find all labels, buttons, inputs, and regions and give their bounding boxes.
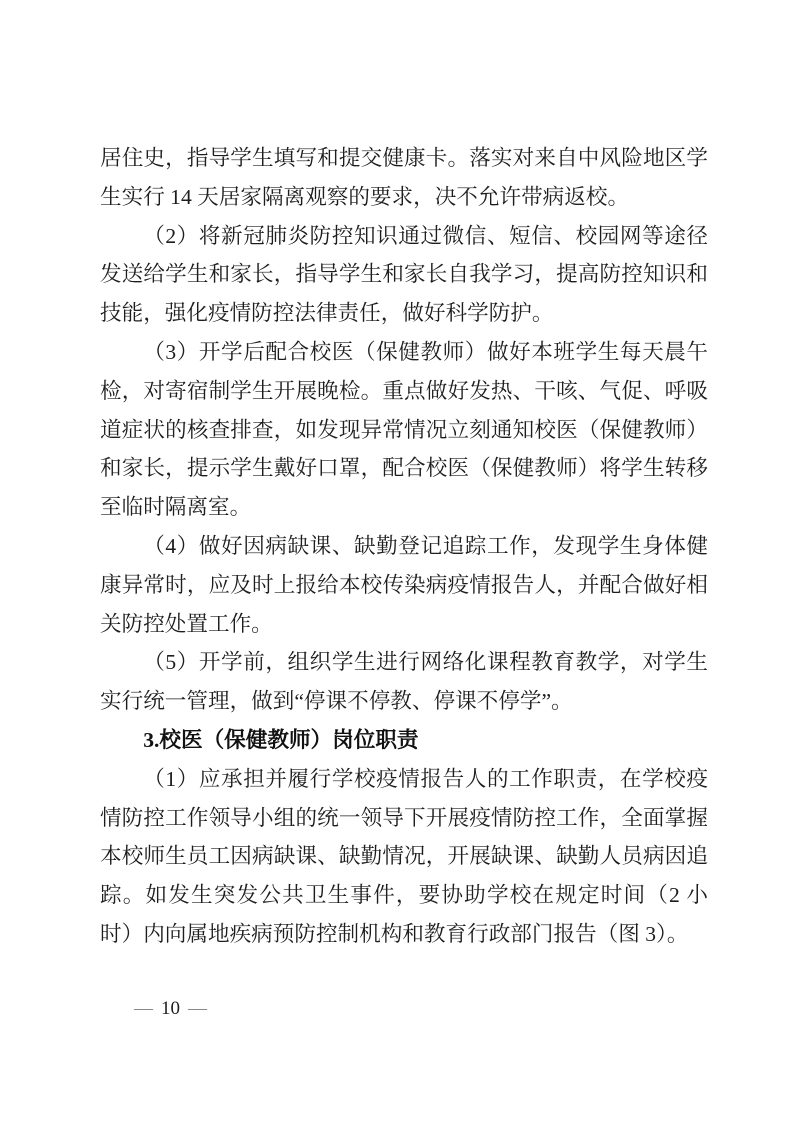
section-heading: 3.校医（保健教师）岗位职责 (100, 721, 708, 760)
footer-dash-right: — (180, 998, 215, 1019)
body-text-block: 居住史，指导学生填写和提交健康卡。落实对来自中风险地区学生实行 14 天居家隔离… (100, 139, 708, 954)
footer-dash-left: — (126, 998, 161, 1019)
paragraph-item-2: （2）将新冠肺炎防控知识通过微信、短信、校园网等途径发送给学生和家长，指导学生和… (100, 217, 708, 333)
paragraph-item-4: （4）做好因病缺课、缺勤登记追踪工作，发现学生身体健康异常时，应及时上报给本校传… (100, 527, 708, 643)
section-paragraph-item-1: （1）应承担并履行学校疫情报告人的工作职责，在学校疫情防控工作领导小组的统一领导… (100, 760, 708, 954)
paragraph-item-5: （5）开学前，组织学生进行网络化课程教育教学，对学生实行统一管理，做到“停课不停… (100, 643, 708, 721)
page-footer: —10— (126, 996, 215, 1022)
paragraph-item-3: （3）开学后配合校医（保健教师）做好本班学生每天晨午检，对寄宿制学生开展晚检。重… (100, 333, 708, 527)
document-page: 居住史，指导学生填写和提交健康卡。落实对来自中风险地区学生实行 14 天居家隔离… (0, 0, 793, 1122)
page-number: 10 (161, 998, 180, 1019)
continuation-paragraph: 居住史，指导学生填写和提交健康卡。落实对来自中风险地区学生实行 14 天居家隔离… (100, 139, 708, 217)
